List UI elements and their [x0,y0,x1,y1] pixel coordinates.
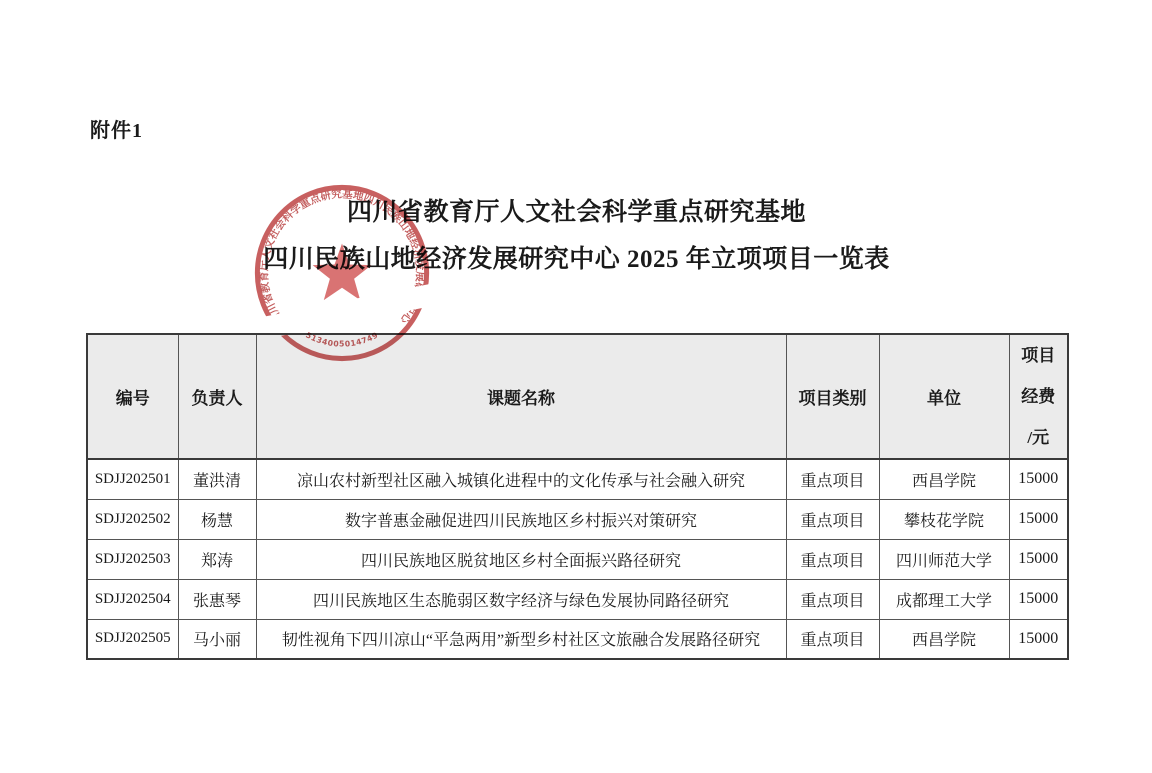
cell-unit: 四川师范大学 [879,539,1009,579]
cell-project: 韧性视角下四川凉山“平急两用”新型乡村社区文旅融合发展路径研究 [256,619,786,659]
cell-leader: 马小丽 [178,619,256,659]
cell-unit: 攀枝花学院 [879,499,1009,539]
cell-id: SDJJ202504 [87,579,178,619]
cell-id: SDJJ202501 [87,459,178,499]
table-row: SDJJ202504 张惠琴 四川民族地区生态脆弱区数字经济与绿色发展协同路径研… [87,579,1068,619]
cell-id: SDJJ202503 [87,539,178,579]
cell-unit: 成都理工大学 [879,579,1009,619]
document-page: { "attachment_label": "附件1", "title": { … [0,0,1152,773]
table-row: SDJJ202502 杨慧 数字普惠金融促进四川民族地区乡村振兴对策研究 重点项… [87,499,1068,539]
cell-leader: 杨慧 [178,499,256,539]
column-header-project: 课题名称 [256,334,786,459]
cell-category: 重点项目 [786,459,879,499]
cell-fund: 15000 [1009,459,1068,499]
table-row: SDJJ202501 董洪清 凉山农村新型社区融入城镇化进程中的文化传承与社会融… [87,459,1068,499]
column-header-unit: 单位 [879,334,1009,459]
cell-leader: 郑涛 [178,539,256,579]
cell-category: 重点项目 [786,499,879,539]
projects-table: 编号 负责人 课题名称 项目类别 单位 项目 经费 /元 SDJJ202501 … [86,333,1069,660]
title-line-1: 四川省教育厅人文社会科学重点研究基地 [86,189,1067,236]
column-header-leader: 负责人 [178,334,256,459]
cell-leader: 董洪清 [178,459,256,499]
column-header-category: 项目类别 [786,334,879,459]
cell-id: SDJJ202505 [87,619,178,659]
table-header-row: 编号 负责人 课题名称 项目类别 单位 项目 经费 /元 [87,334,1068,459]
column-header-fund: 项目 经费 /元 [1009,334,1068,459]
cell-leader: 张惠琴 [178,579,256,619]
cell-unit: 西昌学院 [879,459,1009,499]
document-title: 四川省教育厅人文社会科学重点研究基地 四川民族山地经济发展研究中心 2025 年… [86,189,1067,283]
cell-fund: 15000 [1009,579,1068,619]
title-line-2: 四川民族山地经济发展研究中心 2025 年立项项目一览表 [86,236,1067,283]
attachment-label: 附件1 [90,114,143,143]
table-row: SDJJ202505 马小丽 韧性视角下四川凉山“平急两用”新型乡村社区文旅融合… [87,619,1068,659]
column-header-id: 编号 [87,334,178,459]
cell-fund: 15000 [1009,539,1068,579]
cell-fund: 15000 [1009,619,1068,659]
cell-fund: 15000 [1009,499,1068,539]
cell-unit: 西昌学院 [879,619,1009,659]
cell-project: 凉山农村新型社区融入城镇化进程中的文化传承与社会融入研究 [256,459,786,499]
cell-category: 重点项目 [786,619,879,659]
cell-project: 四川民族地区脱贫地区乡村全面振兴路径研究 [256,539,786,579]
cell-project: 四川民族地区生态脆弱区数字经济与绿色发展协同路径研究 [256,579,786,619]
cell-category: 重点项目 [786,539,879,579]
cell-project: 数字普惠金融促进四川民族地区乡村振兴对策研究 [256,499,786,539]
table-row: SDJJ202503 郑涛 四川民族地区脱贫地区乡村全面振兴路径研究 重点项目 … [87,539,1068,579]
cell-category: 重点项目 [786,579,879,619]
cell-id: SDJJ202502 [87,499,178,539]
